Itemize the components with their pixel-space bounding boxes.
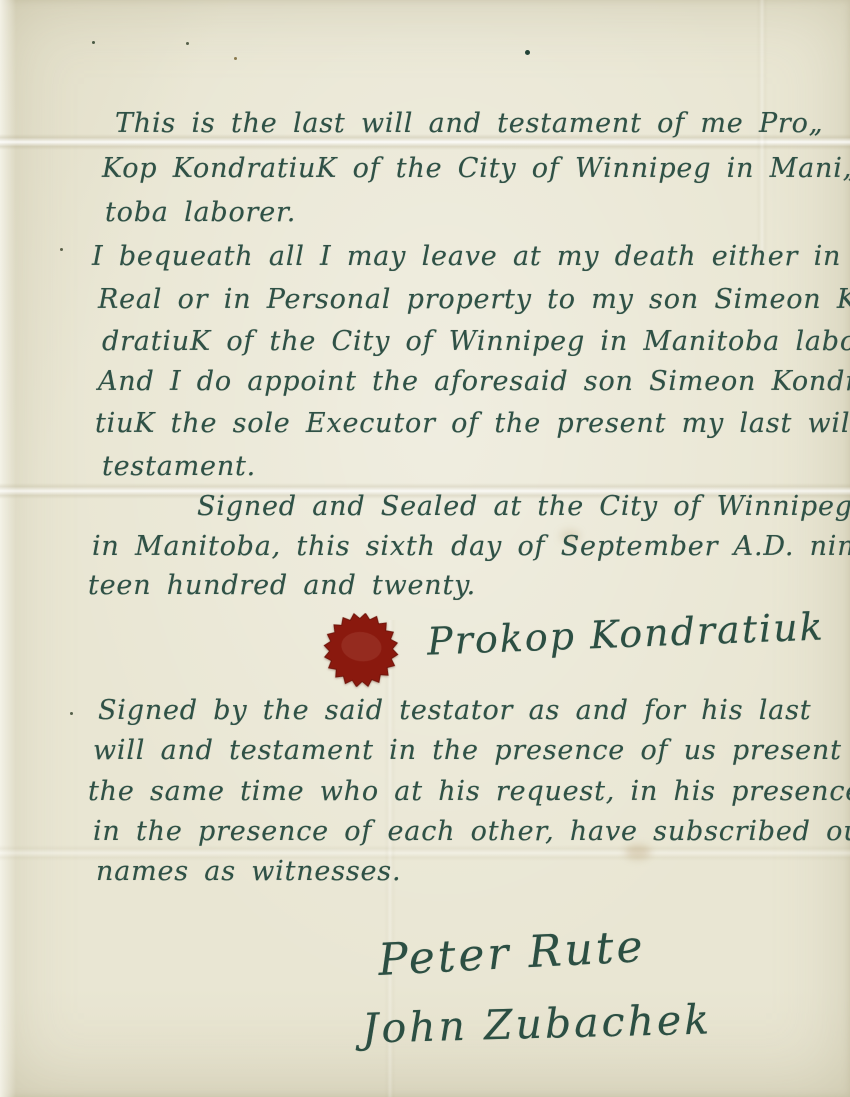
attestation-line: will and testament in the presence of us… — [93, 735, 850, 766]
paper-stain — [625, 845, 651, 859]
attestation-line: the same time who at his request, in his… — [88, 776, 850, 807]
attestation-line: names as witnesses. — [96, 856, 401, 887]
will-line: dratiuK of the City of Winnipeg in Manit… — [102, 326, 850, 357]
witness-signature: John Zubachek — [361, 995, 712, 1052]
attestation-line: in the presence of each other, have subs… — [93, 816, 850, 847]
will-line: testament. — [102, 451, 256, 482]
will-line: tiuK the sole Executor of the present my… — [95, 408, 850, 439]
paper-speck — [234, 57, 237, 60]
paper-edge-highlight — [0, 0, 16, 1097]
ink-speck — [186, 42, 189, 45]
will-line: toba laborer. — [105, 197, 296, 228]
ink-speck — [92, 41, 95, 44]
will-line: This is the last will and testament of m… — [115, 108, 823, 139]
red-wax-seal-icon — [318, 609, 404, 692]
attestation-line: Signed by the said testator as and for h… — [98, 695, 811, 726]
will-line: And I do appoint the aforesaid son Simeo… — [98, 366, 850, 397]
will-line: teen hundred and twenty. — [88, 570, 476, 601]
will-line: Kop KondratiuK of the City of Winnipeg i… — [102, 153, 850, 184]
witness-signature: Peter Rute — [377, 921, 647, 986]
paper-speck — [60, 248, 63, 251]
will-line: Real or in Personal property to my son S… — [98, 284, 850, 315]
will-line: Signed and Sealed at the City of Winnipe… — [197, 491, 850, 522]
will-line: I bequeath all I may leave at my death e… — [92, 241, 841, 272]
ink-speck — [525, 50, 530, 55]
paper-speck — [70, 712, 73, 715]
testator-signature: Prokop Kondratiuk — [426, 604, 825, 663]
will-line: in Manitoba, this sixth day of September… — [92, 531, 850, 562]
will-document-page: This is the last will and testament of m… — [0, 0, 850, 1097]
